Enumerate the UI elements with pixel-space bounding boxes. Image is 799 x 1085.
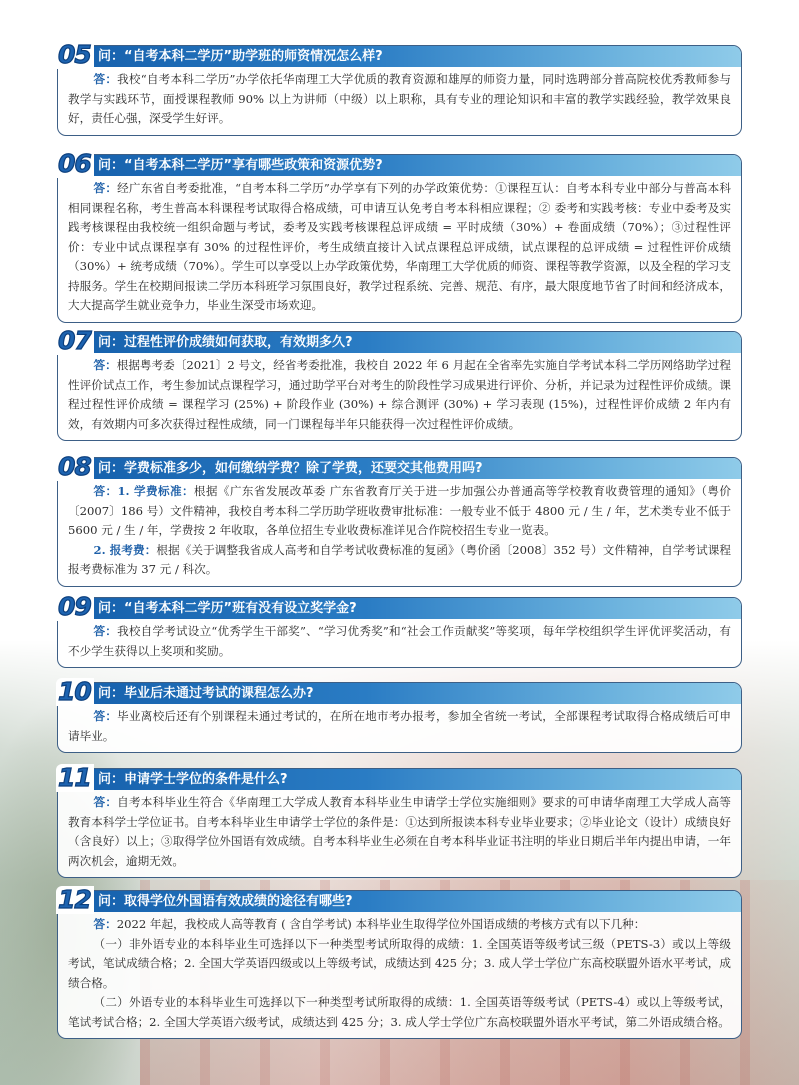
answer-label: 答： [94,358,117,372]
answer-body: 答：毕业离校后还有个别课程未通过考试的，在所在地市考办报考，参加全省统一考试，全… [58,704,741,752]
question-text: 问：申请学士学位的条件是什么? [98,769,288,790]
question-text: 问：“自考本科二学历”助学班的师资情况怎么样? [98,46,383,67]
faq-card-08: 08 问：学费标准多少，如何缴纳学费？除了学费，还要交其他费用吗? 答：1. 学… [57,457,742,587]
faq-page: 05 问：“自考本科二学历”助学班的师资情况怎么样? 答：我校“自考本科二学历”… [0,0,799,1085]
tuition-standard-label: 1. 学费标准： [117,484,193,498]
faq-card-07: 07 问：过程性评价成绩如何获取，有效期多久? 答：根据粤考委〔2021〕2 号… [57,331,742,441]
answer-body: 答：2022 年起，我校成人高等教育 ( 含自学考试) 本科毕业生取得学位外国语… [58,912,741,1038]
question-text: 问：取得学位外国语有效成绩的途径有哪些? [98,891,353,912]
faq-card-06: 06 问：“自考本科二学历”享有哪些政策和资源优势? 答：经广东省自考委批准，“… [57,154,742,323]
question-number: 08 [56,453,94,481]
question-text: 问：学费标准多少，如何缴纳学费？除了学费，还要交其他费用吗? [98,458,483,479]
question-header: 08 问：学费标准多少，如何缴纳学费？除了学费，还要交其他费用吗? [58,458,741,479]
answer-label: 答： [94,709,118,723]
exam-fee-label: 2. 报考费： [94,543,157,557]
question-text: 问：过程性评价成绩如何获取，有效期多久? [98,332,353,353]
answer-text: 我校自学考试设立“优秀学生干部奖”、“学习优秀奖”和“社会工作贡献奖”等奖项，每… [68,624,731,658]
question-text: 问：毕业后未通过考试的课程怎么办? [98,683,314,704]
question-number: 12 [56,886,94,914]
non-foreign-language-majors: （一）非外语专业的本科毕业生可选择以下一种类型考试所取得的成绩：1. 全国英语等… [68,937,731,990]
question-header: 10 问：毕业后未通过考试的课程怎么办? [58,683,741,704]
answer-text: 自考本科毕业生符合《华南理工大学成人教育本科毕业生申请学士学位实施细则》要求的可… [68,795,731,868]
answer-body: 答：1. 学费标准：根据《广东省发展改革委 广东省教育厅关于进一步加强公办普通高… [58,479,741,586]
question-header: 07 问：过程性评价成绩如何获取，有效期多久? [58,332,741,353]
faq-card-11: 11 问：申请学士学位的条件是什么? 答：自考本科毕业生符合《华南理工大学成人教… [57,768,742,878]
answer-text: 毕业离校后还有个别课程未通过考试的，在所在地市考办报考，参加全省统一考试，全部课… [68,709,731,743]
question-header: 11 问：申请学士学位的条件是什么? [58,769,741,790]
question-text: 问：“自考本科二学历”享有哪些政策和资源优势? [98,155,383,176]
answer-text: 根据粤考委〔2021〕2 号文，经省考委批准，我校自 2022 年 6 月起在全… [68,358,731,431]
faq-card-10: 10 问：毕业后未通过考试的课程怎么办? 答：毕业离校后还有个别课程未通过考试的… [57,682,742,753]
question-header: 05 问：“自考本科二学历”助学班的师资情况怎么样? [58,46,741,67]
answer-label: 答： [94,795,118,809]
answer-label: 答： [94,484,118,498]
question-number: 05 [56,41,94,69]
faq-card-09: 09 问：“自考本科二学历”班有没有设立奖学金? 答：我校自学考试设立“优秀学生… [57,597,742,668]
question-number: 10 [56,678,94,706]
question-number: 11 [56,764,94,792]
faq-card-05: 05 问：“自考本科二学历”助学班的师资情况怎么样? 答：我校“自考本科二学历”… [57,45,742,136]
answer-label: 答： [94,181,118,195]
question-number: 09 [56,593,94,621]
question-header: 06 问：“自考本科二学历”享有哪些政策和资源优势? [58,155,741,176]
answer-label: 答： [94,624,118,638]
answer-label: 答： [94,917,117,931]
answer-text: 我校“自考本科二学历”办学依托华南理工大学优质的教育资源和雄厚的师资力量，同时选… [68,72,731,125]
exam-fee-text: 根据《关于调整我省成人高考和自学考试收费标准的复函》（粤价函〔2008〕352 … [68,543,731,577]
foreign-language-majors: （二）外语专业的本科毕业生可选择以下一种类型考试所取得的成绩：1. 全国英语等级… [68,995,731,1029]
answer-body: 答：我校“自考本科二学历”办学依托华南理工大学优质的教育资源和雄厚的师资力量，同… [58,67,741,135]
answer-body: 答：根据粤考委〔2021〕2 号文，经省考委批准，我校自 2022 年 6 月起… [58,353,741,440]
question-number: 06 [56,150,94,178]
answer-body: 答：自考本科毕业生符合《华南理工大学成人教育本科毕业生申请学士学位实施细则》要求… [58,790,741,877]
answer-body: 答：我校自学考试设立“优秀学生干部奖”、“学习优秀奖”和“社会工作贡献奖”等奖项… [58,619,741,667]
faq-card-12: 12 问：取得学位外国语有效成绩的途径有哪些? 答：2022 年起，我校成人高等… [57,890,742,1039]
answer-body: 答：经广东省自考委批准，“自考本科二学历”办学享有下列的办学政策优势：①课程互认… [58,176,741,322]
question-number: 07 [56,327,94,355]
question-header: 09 问：“自考本科二学历”班有没有设立奖学金? [58,598,741,619]
question-text: 问：“自考本科二学历”班有没有设立奖学金? [98,598,357,619]
answer-intro: 2022 年起，我校成人高等教育 ( 含自学考试) 本科毕业生取得学位外国语成绩… [117,917,646,931]
answer-label: 答： [94,72,118,86]
question-header: 12 问：取得学位外国语有效成绩的途径有哪些? [58,891,741,912]
answer-text: 经广东省自考委批准，“自考本科二学历”办学享有下列的办学政策优势：①课程互认：自… [68,181,731,312]
